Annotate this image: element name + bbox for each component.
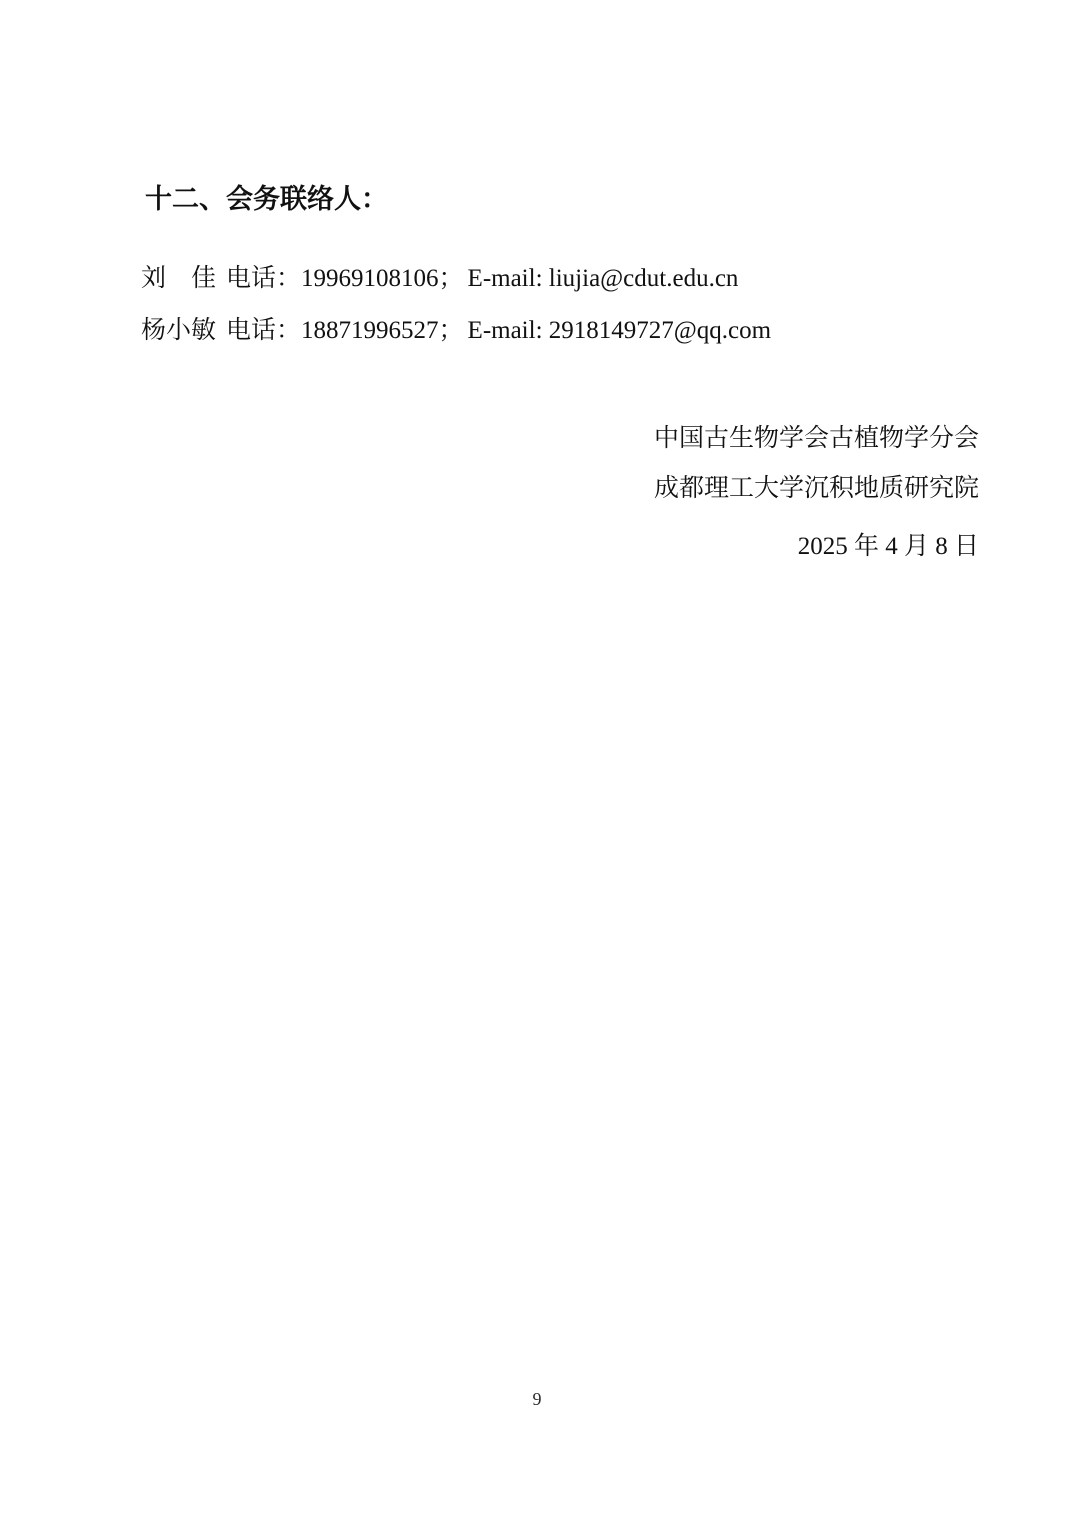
- email-label: E-mail:: [468, 317, 549, 344]
- contact-name: 刘 佳: [141, 265, 216, 292]
- email-address: liujia@cdut.edu.cn: [549, 265, 739, 292]
- page-number: 9: [0, 1388, 1074, 1410]
- email-address: 2918149727@qq.com: [549, 317, 771, 344]
- phone-label: 电话：: [226, 317, 301, 344]
- document-page: 十二、会务联络人： 刘 佳电话：19969108106；E-mail: liuj…: [0, 0, 1074, 1520]
- contact-row: 杨小敏电话：18871996527；E-mail: 2918149727@qq.…: [141, 316, 771, 346]
- email-label: E-mail:: [468, 265, 549, 292]
- separator: ；: [439, 265, 464, 292]
- contact-row: 刘 佳电话：19969108106；E-mail: liujia@cdut.ed…: [141, 264, 738, 294]
- signature-date: 2025 年 4 月 8 日: [798, 532, 979, 562]
- signature-organization-2: 成都理工大学沉积地质研究院: [654, 474, 979, 504]
- phone-number: 18871996527: [301, 317, 439, 344]
- section-heading: 十二、会务联络人：: [145, 184, 388, 214]
- phone-label: 电话：: [226, 265, 301, 292]
- signature-organization-1: 中国古生物学会古植物学分会: [654, 424, 979, 454]
- contact-name: 杨小敏: [141, 317, 216, 344]
- phone-number: 19969108106: [301, 265, 439, 292]
- separator: ；: [439, 317, 464, 344]
